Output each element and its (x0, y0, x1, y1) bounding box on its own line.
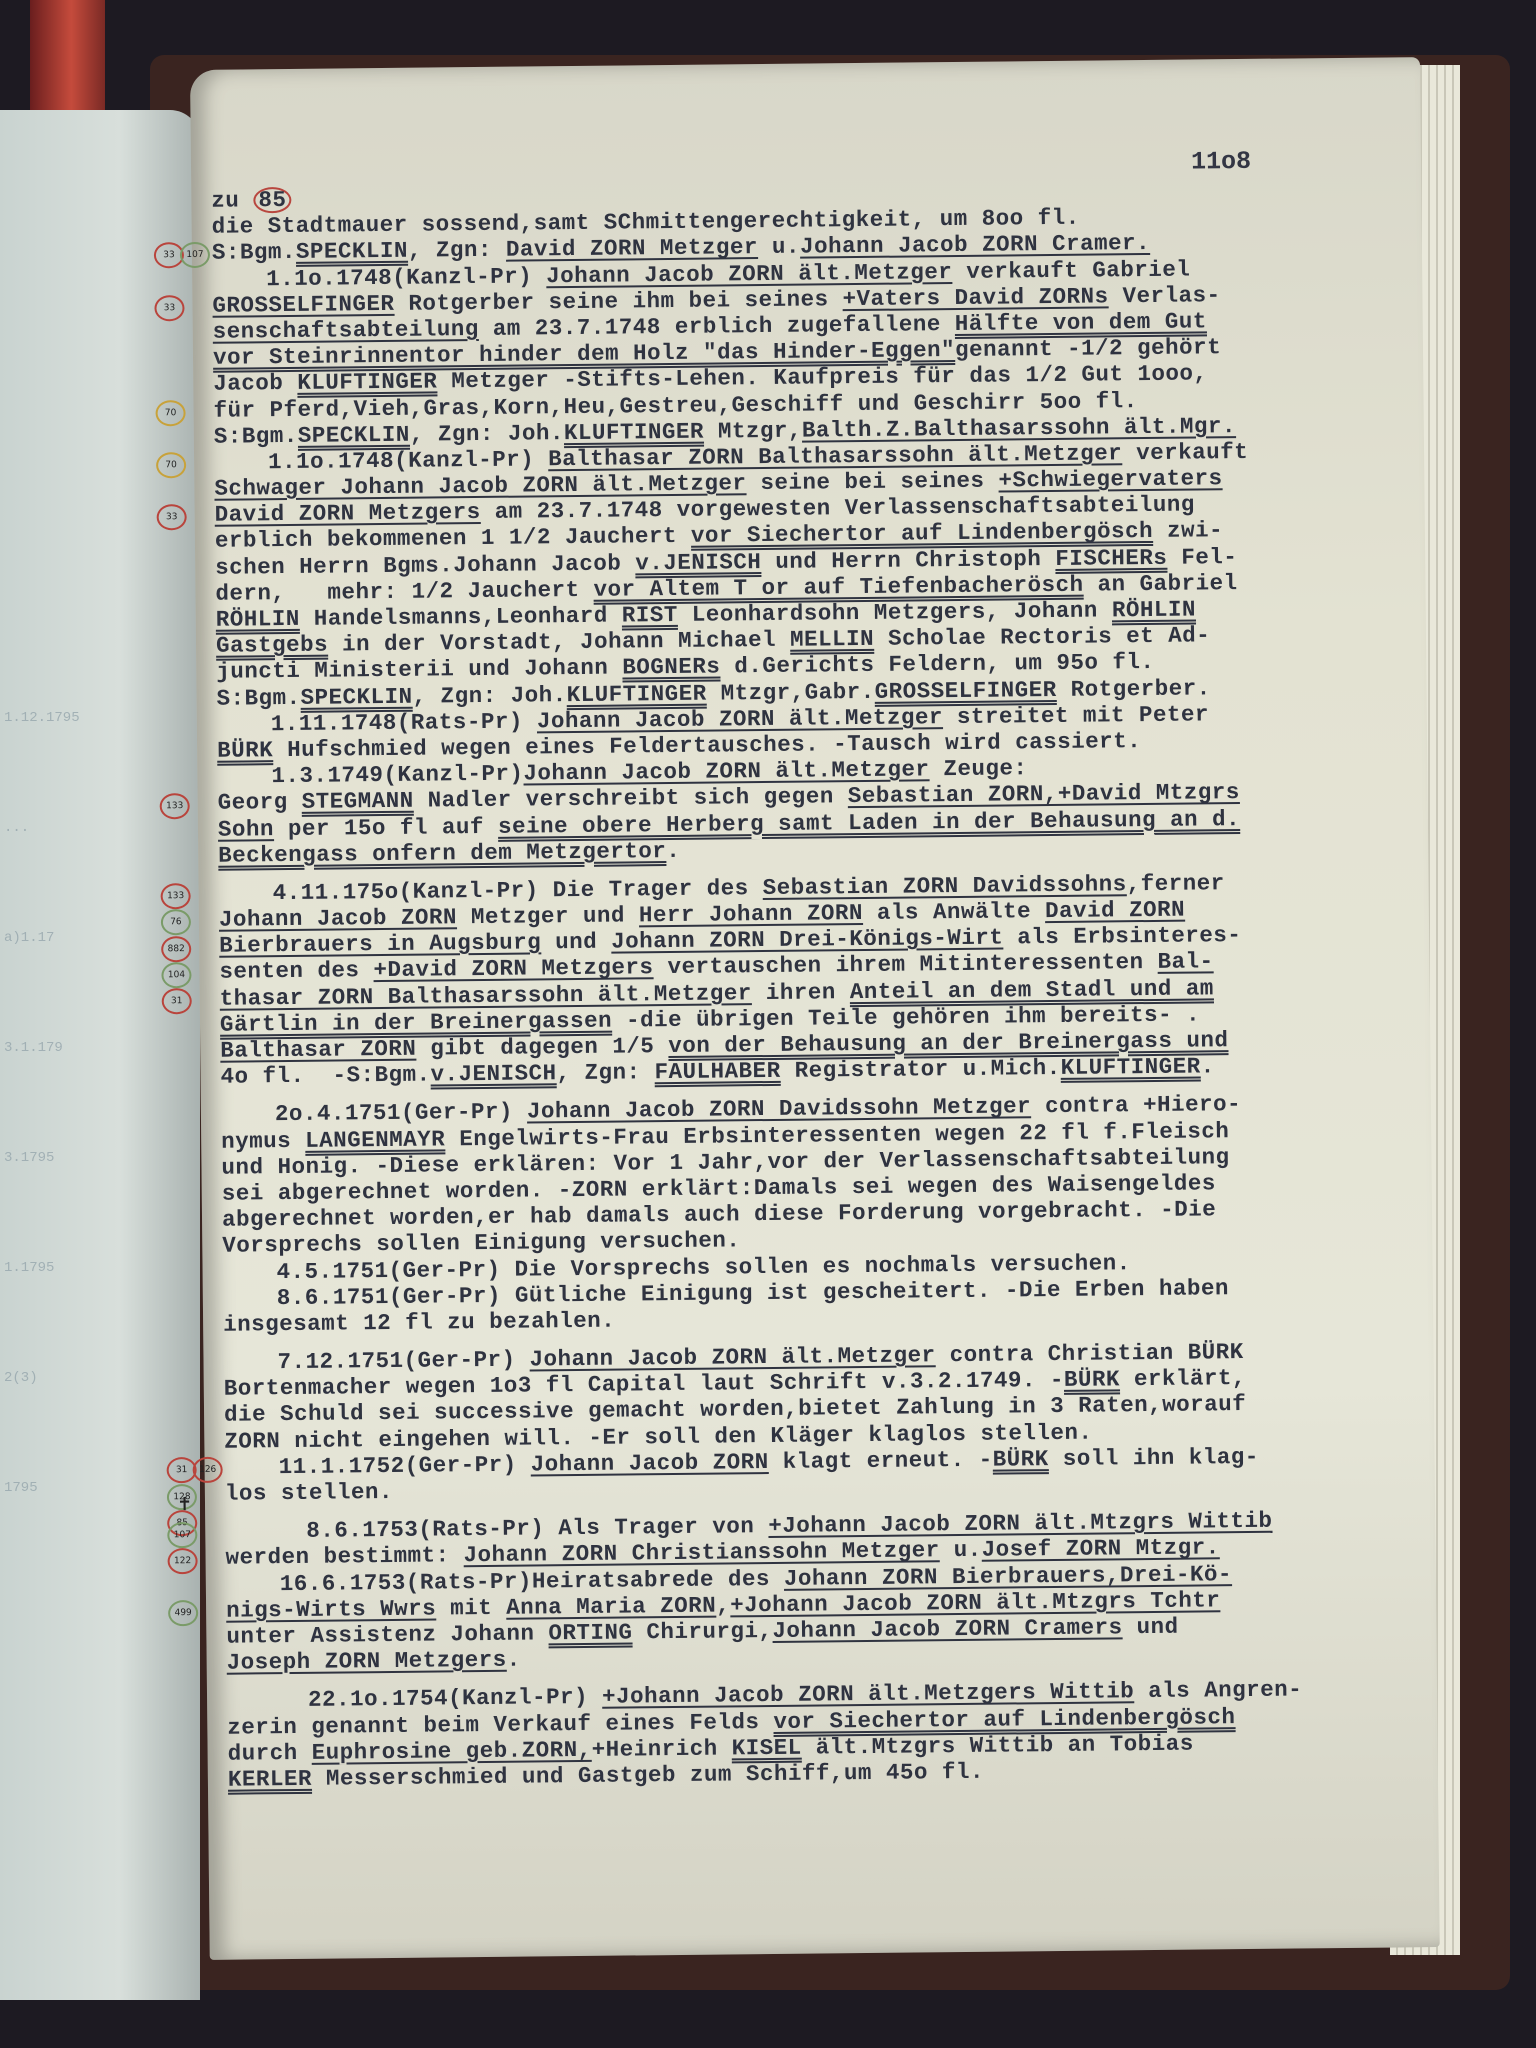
underlined-name: Anteil an dem Stadl und am (850, 975, 1214, 1005)
text-segment: und (541, 929, 611, 956)
text-segment: 1.1o.1748(Kanzl-Pr) (266, 263, 546, 292)
text-segment: Rotgerber. (1057, 675, 1211, 703)
left-page: 1.12.1795...a)1.173.1.1793.17951.17952(3… (0, 110, 200, 2000)
underlined-name: KERLER (228, 1766, 312, 1793)
underlined-name: FISCHERs (1055, 544, 1167, 571)
text-segment: Registrator u.Mich. (781, 1055, 1061, 1084)
text-segment: u. (758, 234, 800, 260)
text-segment: unter Assistenz Johann (226, 1620, 548, 1649)
text-segment: contra Christian BÜRK (935, 1339, 1243, 1368)
underlined-name: Bierbrauers in Augsburg (219, 930, 541, 959)
text-segment: 1.11.1748(Rats-Pr) (271, 708, 537, 737)
text-segment: , Zgn: (556, 1059, 654, 1086)
cross-reference-prefix: zu (211, 187, 253, 213)
underlined-name: Balthasar ZORN (220, 1036, 416, 1064)
underlined-name: v.JENISCH (430, 1060, 556, 1087)
underlined-name: BÜRK (993, 1446, 1049, 1473)
underlined-name: BÜRK (217, 737, 273, 764)
underlined-name: Johann Jacob ZORN (219, 904, 457, 932)
text-segment: 22.1o.1754(Kanzl-Pr) (308, 1684, 602, 1713)
underlined-name: Johann Jacob ZORN ält.Metzger (546, 259, 952, 289)
text-segment: Verlas- (1108, 282, 1220, 309)
text-segment: werden bestimmt: (225, 1543, 463, 1571)
death-cross-icon: ✝ (177, 1494, 192, 1515)
margin-reference-mark: 31 (162, 988, 192, 1014)
left-page-fragment: ... (4, 820, 29, 836)
underlined-name: Hälfte von dem Gut (955, 308, 1207, 337)
margin-reference-mark: 122 (167, 1548, 197, 1574)
text-segment: S:Bgm. (212, 239, 296, 266)
bookmark-ribbon (30, 0, 105, 120)
underlined-name: Johann Jacob ZORN Cramers (772, 1614, 1122, 1644)
text-segment: zwi- (1153, 518, 1223, 545)
underlined-name: v.JENISCH (635, 549, 761, 576)
underlined-name: David ZORN (1045, 897, 1185, 924)
underlined-name: Beckengass onfern dem Metzgertor (218, 838, 666, 869)
text-segment: 2o.4.1751(Ger-Pr) (275, 1099, 527, 1128)
text-segment: Handelsmanns,Leonhard (300, 603, 622, 632)
text-segment: erklärt, (1120, 1365, 1246, 1392)
text-segment: Georg (218, 789, 302, 816)
text-segment: und (1122, 1614, 1178, 1641)
left-page-fragment: a)1.17 (4, 930, 54, 946)
underlined-name: Sebastian ZORN Davidssohns (763, 871, 1127, 901)
text-segment: streitet mit Peter (943, 701, 1209, 730)
text-segment: als Angren- (1134, 1677, 1302, 1705)
left-page-fragment: 3.1795 (4, 1150, 54, 1166)
underlined-name: RÖHLIN (1112, 596, 1196, 623)
text-segment: ihren (752, 979, 850, 1006)
text-segment: contra +Hiero- (1031, 1091, 1241, 1119)
underlined-name: LANGENMAYR (305, 1126, 445, 1153)
underlined-name: Sebastian ZORN,+David Mtzgrs (848, 779, 1240, 809)
underlined-name: KISEL (732, 1734, 802, 1761)
text-segment: +Heinrich (592, 1735, 732, 1762)
text-segment: als Erbsinteres- (1003, 922, 1241, 950)
document-page: 11o8 33107337070331331337688210431311261… (190, 57, 1440, 1960)
text-segment: Chirurgi, (632, 1618, 772, 1645)
left-page-fragment: 1.1795 (4, 1260, 54, 1276)
underlined-name: Anna Maria ZORN (506, 1592, 716, 1620)
margin-reference-mark: 126 (193, 1457, 223, 1483)
underlined-name: Sohn (218, 816, 274, 843)
text-segment: dern, mehr: 1/2 Jauchert (215, 577, 593, 607)
underlined-name: Johann Jacob ZORN Cramer. (800, 230, 1150, 260)
underlined-name: +Vaters David ZORNs (842, 283, 1108, 312)
margin-reference-mark: 33 (154, 295, 184, 321)
underlined-name: David ZORN Metzger (506, 234, 758, 263)
text-segment: durch (227, 1740, 311, 1767)
text-segment: senten des (219, 958, 373, 986)
underlined-name: STEGMANN (302, 788, 414, 815)
text-segment: verkauft (1122, 439, 1248, 466)
cross-reference-number: 85 (253, 187, 291, 213)
text-segment: nymus (221, 1127, 305, 1154)
text-segment: , Zgn: Joh. (410, 420, 564, 448)
left-page-fragment: 2(3) (4, 1370, 38, 1386)
text-segment: 1.1o.1748(Kanzl-Pr) (268, 446, 548, 475)
left-page-fragment: 3.1.179 (4, 1040, 63, 1056)
underlined-name: KLUFTINGER (567, 680, 707, 707)
underlined-name: Johann Jacob ZORN (531, 1449, 769, 1477)
underlined-name: RÖHLIN (216, 606, 300, 633)
left-page-fragment: 1795 (4, 1480, 38, 1496)
text-segment: verkauft Gabriel (952, 256, 1190, 284)
text-segment: 7.12.1751(Ger-Pr) (277, 1347, 529, 1376)
text-segment: schen Herrn Bgms.Johann Jacob (215, 550, 635, 580)
text-segment: insgesamt 12 fl zu bezahlen. (223, 1307, 615, 1337)
left-page-fragment: 1.12.1795 (4, 710, 80, 726)
text-segment: Mtzgr,Gabr. (707, 678, 875, 706)
text-segment: per 15o fl auf (274, 813, 498, 841)
underlined-name: MELLIN (790, 626, 874, 653)
underlined-name: ORTING (548, 1619, 632, 1646)
underlined-name: Euphrosine geb.ZORN, (312, 1737, 592, 1766)
text-segment: klagt erneut. - (769, 1446, 993, 1474)
text-segment: ält.Mtzgrs Wittib an Tobias (802, 1730, 1194, 1760)
underlined-name: KLUFTINGER (1061, 1054, 1201, 1081)
underlined-name: Josef ZORN Mtzgr. (982, 1535, 1220, 1563)
margin-reference-mark: 104 (161, 962, 191, 988)
underlined-name: Johann ZORN Drei-Königs-Wirt (611, 925, 1003, 955)
underlined-name: Johann Jacob ZORN ält.Metzger (529, 1342, 935, 1372)
underlined-name: RIST (622, 602, 678, 629)
underlined-name: FAULHABER (654, 1058, 780, 1085)
text-segment: Metzger und (457, 902, 639, 930)
text-segment: und Herrn Christoph (761, 546, 1055, 575)
margin-reference-mark: 107 (167, 1522, 197, 1548)
text-segment: als Anwälte (863, 898, 1045, 926)
text-segment: , Zgn: (408, 237, 506, 264)
underlined-name: Gastgebs (216, 632, 328, 659)
underlined-name: Bal- (1157, 949, 1213, 976)
text-segment: los stellen. (225, 1479, 393, 1507)
text-segment: Zeuge: (929, 755, 1027, 782)
text-segment: gibt dagegen 1/5 (416, 1033, 668, 1062)
underlined-name: nigs-Wirts Wwrs (226, 1595, 436, 1623)
underlined-name: David ZORN Metzgers (215, 499, 481, 528)
text-segment: , Zgn: Joh. (412, 682, 566, 710)
text-segment: . (1201, 1054, 1215, 1080)
underlined-name: GROSSELFINGER (875, 677, 1057, 705)
text-segment: , (716, 1592, 730, 1618)
underlined-name: +Schwiegervaters (998, 465, 1222, 493)
underlined-name: SPECKLIN (296, 238, 408, 265)
margin-reference-mark: 133 (160, 793, 190, 819)
text-segment: 4o fl. -S:Bgm. (220, 1062, 430, 1090)
text-segment: Scholae Rectoris et Ad- (874, 623, 1210, 653)
text-segment: Fel- (1167, 544, 1237, 571)
text-segment: mit (436, 1595, 506, 1622)
margin-reference-mark: 70 (155, 400, 185, 426)
underlined-name: BÜRK (1064, 1367, 1120, 1394)
underlined-name: senschaftsabteilung (213, 316, 479, 345)
underlined-name: +David ZORN Metzgers (373, 955, 653, 984)
text-segment: 11.1.1752(Ger-Pr) (278, 1451, 530, 1480)
text-segment: seine bei seines (746, 468, 998, 497)
underlined-name: GROSSELFINGER (212, 291, 394, 319)
text-segment: u. (940, 1537, 982, 1563)
text-segment: S:Bgm. (216, 684, 300, 711)
underlined-name: BOGNERs (622, 654, 720, 681)
text-segment: an Gabriel (1083, 570, 1237, 598)
underlined-name: Johann Jacob ZORN ält.Metzger (537, 704, 943, 734)
margin-reference-mark: 882 (161, 936, 191, 962)
underlined-name: SPECKLIN (300, 683, 412, 710)
underlined-name: KLUFTINGER (297, 369, 437, 396)
underlined-name: Gärtlin in der Breinergassen (220, 1007, 612, 1037)
typewritten-text: zu 85die Stadtmauer sossend,samt SChmitt… (211, 176, 1378, 1793)
text-segment: Mtzgr, (704, 417, 802, 444)
page-number: 11o8 (1191, 147, 1251, 177)
text-segment: soll ihn klag- (1049, 1444, 1259, 1472)
underlined-name: Herr Johann ZORN (639, 900, 863, 928)
text-segment: . (666, 838, 680, 864)
text-segment: Jacob (213, 370, 297, 397)
text-segment: 1.3.1749(Kanzl-Pr) (271, 761, 523, 790)
text-segment: . (507, 1647, 521, 1673)
text-segment: genannt -1/2 gehört (955, 334, 1221, 363)
text-segment: S:Bgm. (214, 423, 298, 450)
margin-reference-mark: 107 (180, 242, 210, 268)
underlined-name: Johann Jacob ZORN ält.Metzger (523, 756, 929, 786)
underlined-name: Joseph ZORN Metzgers (227, 1647, 507, 1676)
text-segment: ,ferner (1127, 870, 1225, 897)
underlined-name: SPECKLIN (298, 421, 410, 448)
underlined-name: KLUFTINGER (564, 418, 704, 445)
text-segment: juncti Ministerii und Johann (216, 655, 622, 685)
